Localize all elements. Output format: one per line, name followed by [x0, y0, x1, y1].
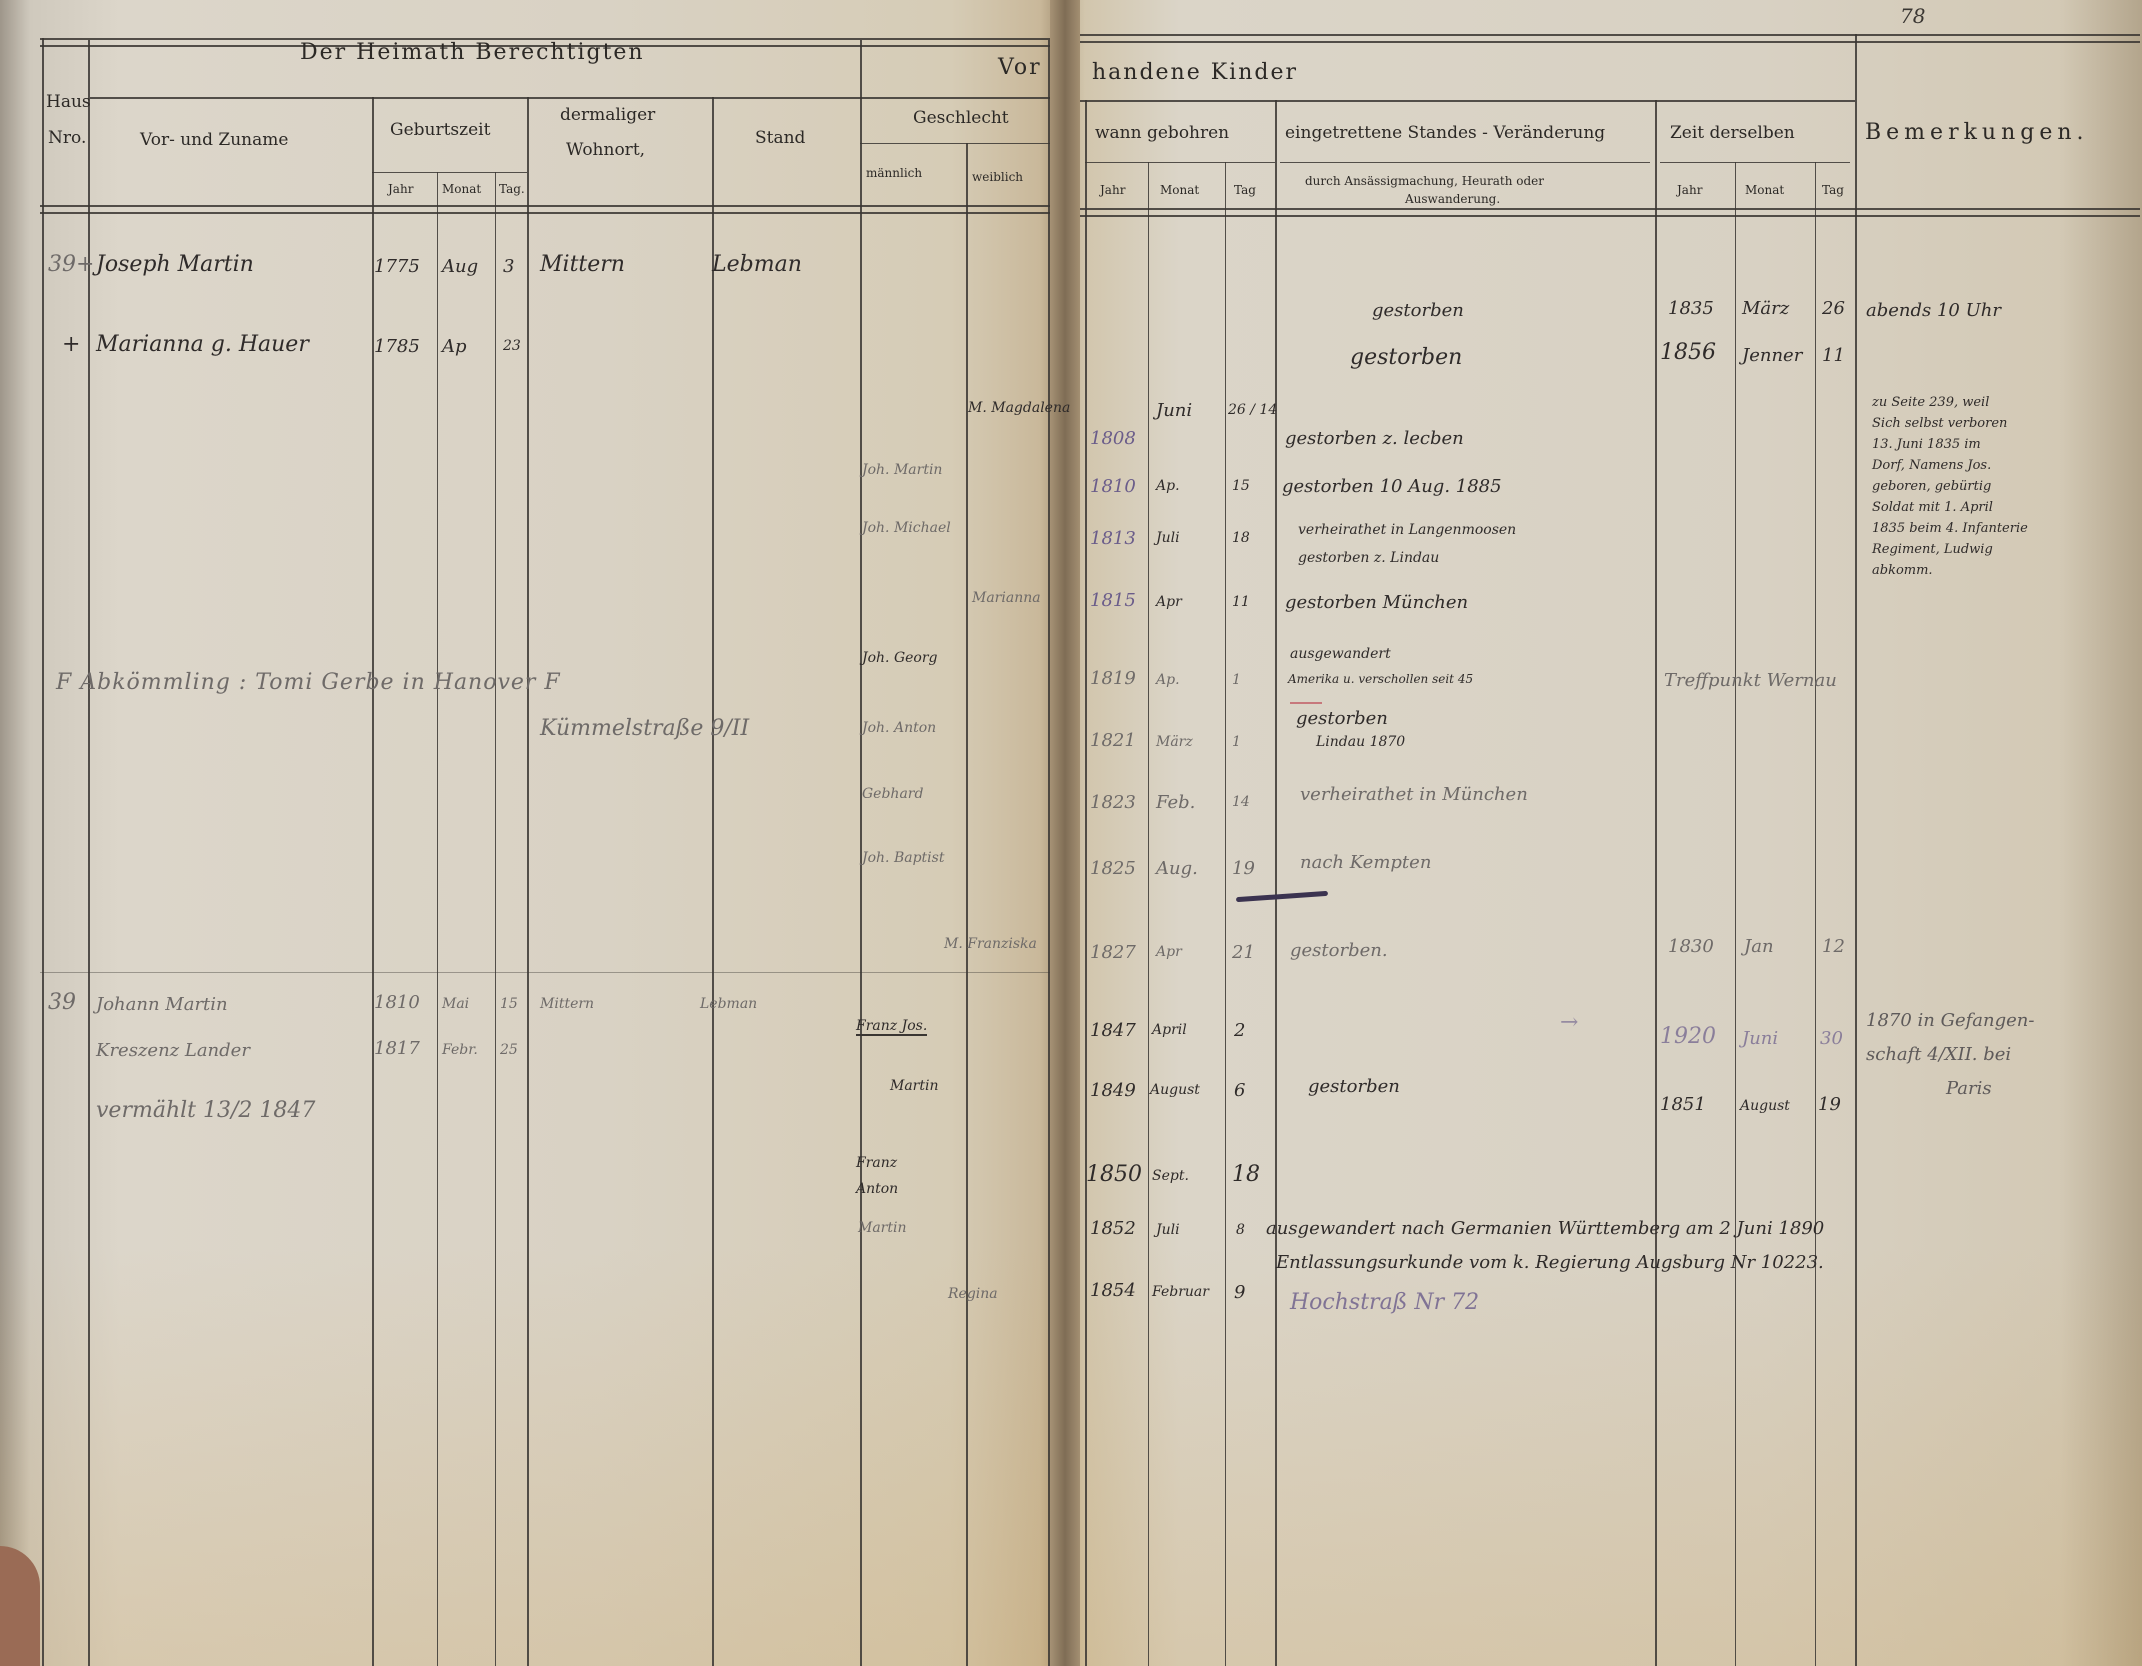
- stand-1: Lebman: [712, 252, 802, 277]
- header-vor: Vor: [998, 55, 1042, 80]
- geboren-subrule: [1085, 162, 1275, 163]
- parent-event-1-month: März: [1742, 298, 1789, 319]
- thumb: [0, 1546, 40, 1666]
- mother-mark-1: +: [62, 332, 80, 357]
- mother-year-1: 1785: [374, 336, 420, 357]
- header-bottom-rule-left: [40, 205, 1050, 214]
- child-2-4-day: 8: [1236, 1222, 1245, 1238]
- child-2-5-day: 9: [1234, 1282, 1245, 1303]
- header-gb-tag: Tag.: [499, 182, 525, 196]
- child-1-9-day: 21: [1232, 942, 1255, 963]
- child-2-5-month: Februar: [1152, 1284, 1209, 1300]
- child-2-4-event: ausgewandert nach Germanien Württemberg …: [1266, 1218, 1824, 1239]
- bemerkung-block-2: 1870 in Gefangen- schaft 4/XII. bei Pari…: [1866, 1004, 2034, 1106]
- mother-day-1: 23: [503, 338, 521, 354]
- child-2-4-name: Martin: [858, 1220, 907, 1236]
- rule-geburtszeit: [527, 97, 529, 1666]
- rule-zeit-monat: [1815, 162, 1816, 1666]
- child-1-8-event: nach Kempten: [1300, 852, 1431, 873]
- rule-maennlich: [966, 143, 968, 1666]
- child-2-2-event: gestorben: [1308, 1076, 1400, 1097]
- child-1-8-day: 19: [1232, 858, 1255, 879]
- top-rule-right: [1080, 34, 2140, 43]
- child-1-5-zeit: Treffpunkt Wernau: [1664, 670, 1837, 691]
- child-1-4-day: 11: [1232, 594, 1250, 610]
- header-wg-monat: Monat: [1160, 183, 1199, 197]
- pencil-note-line1: F Abkömmling : Tomi Gerbe in Hanover F: [56, 670, 561, 695]
- child-2-1-zeit-month: Juni: [1742, 1028, 1778, 1049]
- header-zeit-tag: Tag: [1822, 183, 1844, 197]
- header-wg-tag: Tag: [1234, 183, 1256, 197]
- header-zeit-jahr: Jahr: [1677, 183, 1702, 197]
- child-1-5-event: ausgewandert: [1290, 646, 1391, 662]
- child-1-1-event: gestorben z. lecben: [1285, 428, 1464, 449]
- child-2-2-zeit-month: August: [1740, 1098, 1790, 1114]
- child-2-2-day: 6: [1234, 1080, 1245, 1101]
- child-1-7-month: Feb.: [1156, 792, 1195, 813]
- rule-wg-monat: [1225, 162, 1226, 1666]
- geburtszeit-subrule: [372, 172, 527, 173]
- parent-event-2-month: Jenner: [1742, 345, 1802, 366]
- child-1-3-month: Juli: [1156, 530, 1180, 546]
- pencil-note-line2: Kümmelstraße 9/II: [540, 716, 749, 741]
- child-1-9-year: 1827: [1090, 942, 1136, 963]
- rule-wohnort: [712, 97, 714, 1666]
- child-1-4-name: Marianna: [972, 590, 1041, 606]
- father-day-1: 3: [503, 256, 514, 277]
- mother-day-2: 25: [500, 1042, 518, 1058]
- child-1-6-event2: Lindau 1870: [1316, 734, 1405, 750]
- child-1-9-event: gestorben.: [1290, 940, 1388, 961]
- header-maennlich: männlich: [866, 166, 922, 180]
- child-1-9-zeit-day: 12: [1822, 936, 1845, 957]
- child-1-1-month: Juni: [1156, 400, 1192, 421]
- child-2-4-event2: Entlassungsurkunde vom k. Regierung Augs…: [1276, 1252, 1824, 1273]
- mother-name-2: Kreszenz Lander: [96, 1040, 250, 1061]
- mother-month-2: Febr.: [442, 1042, 478, 1058]
- wohnort-2: Mittern: [540, 996, 594, 1012]
- child-2-1-zeit-day: 30: [1820, 1028, 1843, 1049]
- parent-event-2-day: 11: [1822, 345, 1845, 366]
- child-1-1-day: 26 / 14: [1228, 402, 1277, 418]
- child-2-2-month: August: [1150, 1082, 1200, 1098]
- father-name-1: Joseph Martin: [96, 252, 254, 277]
- rule-zeit-jahr: [1735, 162, 1736, 1666]
- child-2-3-name: Franz Anton: [856, 1150, 916, 1202]
- subheader-rule-right: [1080, 100, 1855, 102]
- header-zeit-monat: Monat: [1745, 183, 1784, 197]
- child-1-3-name: Joh. Michael: [862, 520, 951, 536]
- married-note-2: vermählt 13/2 1847: [96, 1098, 315, 1123]
- page-number: 78: [1900, 4, 1925, 28]
- child-1-7-day: 14: [1232, 794, 1250, 810]
- child-1-5-month: Ap.: [1156, 672, 1180, 688]
- child-1-7-year: 1823: [1090, 792, 1136, 813]
- child-1-1-name: M. Magdalena: [968, 400, 1070, 416]
- header-stand: Stand: [755, 128, 805, 148]
- header-standes-veraenderung: eingetrettene Standes - Veränderung: [1285, 123, 1605, 143]
- mother-month-1: Ap: [442, 336, 467, 357]
- rule-margin: [42, 38, 44, 1666]
- child-1-8-year: 1825: [1090, 858, 1136, 879]
- child-2-4-year: 1852: [1090, 1218, 1136, 1239]
- header-geschlecht: Geschlecht: [913, 108, 1009, 128]
- child-2-1-name: Franz Jos.: [856, 1018, 927, 1036]
- child-1-9-zeit-month: Jan: [1744, 936, 1774, 957]
- child-1-9-month: Apr: [1156, 944, 1182, 960]
- header-wohnort: Wohnort,: [566, 140, 645, 160]
- rule-gb-jahr: [437, 172, 438, 1666]
- parent-event-1-day: 26: [1822, 298, 1845, 319]
- parent-event-1: gestorben: [1372, 300, 1464, 321]
- child-1-6-day: 1: [1232, 734, 1241, 750]
- child-1-7-event: verheirathet in München: [1300, 784, 1528, 805]
- header-veraenderung-sub1: durch Ansässigmachung, Heurath oder: [1305, 174, 1544, 188]
- child-1-2-year: 1810: [1090, 476, 1136, 497]
- child-1-4-month: Apr: [1156, 594, 1182, 610]
- header-haus: Haus: [46, 92, 91, 112]
- rule-wann-gebohren: [1275, 100, 1277, 1666]
- header-handene-kinder: handene Kinder: [1092, 60, 1298, 85]
- header-weiblich: weiblich: [972, 170, 1023, 184]
- child-1-1-year: 1808: [1090, 428, 1136, 449]
- child-1-3-event2: gestorben z. Lindau: [1298, 550, 1439, 566]
- child-1-3-year: 1813: [1090, 528, 1136, 549]
- child-2-1-day: 2: [1234, 1020, 1245, 1041]
- header-dermaliger: dermaliger: [560, 105, 655, 125]
- child-1-6-month: März: [1156, 734, 1193, 750]
- mother-year-2: 1817: [374, 1038, 420, 1059]
- child-2-1-year: 1847: [1090, 1020, 1136, 1041]
- parent-event-2-year: 1856: [1660, 340, 1716, 365]
- child-1-9-zeit-year: 1830: [1668, 936, 1714, 957]
- child-1-6-event: gestorben: [1296, 708, 1388, 729]
- header-vor-und-zuname: Vor- und Zuname: [140, 130, 288, 150]
- subheader-rule-left: [90, 97, 1050, 99]
- header-bottom-rule-right: [1080, 208, 2140, 217]
- bemerkung-block-1: zu Seite 239, weil Sich selbst verboren …: [1872, 392, 2028, 581]
- child-1-6-name: Joh. Anton: [862, 720, 936, 736]
- rule-veraenderung: [1655, 100, 1657, 1666]
- child-1-3-event: verheirathet in Langenmoosen: [1298, 522, 1516, 538]
- header-zeit-derselben: Zeit derselben: [1670, 123, 1795, 143]
- red-underline: [1290, 702, 1322, 704]
- child-2-1-month: April: [1152, 1022, 1187, 1038]
- father-day-2: 15: [500, 996, 518, 1012]
- parent-event-2: gestorben: [1350, 345, 1462, 370]
- father-year-2: 1810: [374, 992, 420, 1013]
- rule-name: [372, 97, 374, 1666]
- child-2-2-year: 1849: [1090, 1080, 1136, 1101]
- child-1-8-name: Joh. Baptist: [862, 850, 944, 866]
- haus-nr-2: 39: [48, 990, 76, 1015]
- header-bemerkungen: Bemerkungen.: [1865, 120, 2089, 145]
- header-geburtszeit: Geburtszeit: [390, 120, 490, 140]
- father-month-1: Aug: [442, 256, 478, 277]
- child-2-1-zeit-year: 1920: [1660, 1024, 1716, 1049]
- child-2-2-name: Martin: [890, 1078, 939, 1094]
- child-2-3-month: Sept.: [1152, 1168, 1189, 1184]
- child-1-5-name: Joh. Georg: [862, 650, 938, 666]
- geschlecht-subrule: [860, 143, 1050, 144]
- haus-nr-1: 39+: [48, 252, 94, 277]
- household-separator: [40, 972, 1050, 973]
- rule-zeit: [1855, 34, 1857, 1666]
- father-month-2: Mai: [442, 996, 469, 1012]
- wohnort-1: Mittern: [540, 252, 625, 277]
- father-year-1: 1775: [374, 256, 420, 277]
- child-1-4-event: gestorben München: [1285, 592, 1468, 613]
- mother-name-1: Marianna g. Hauer: [96, 332, 309, 357]
- arrow-icon: →: [1560, 1010, 1578, 1035]
- child-2-5-year: 1854: [1090, 1280, 1136, 1301]
- header-heimath-berechtigten: Der Heimath Berechtigten: [300, 40, 645, 65]
- header-nro: Nro.: [48, 128, 86, 148]
- child-1-9-name: M. Franziska: [944, 936, 1037, 952]
- child-1-6-year: 1821: [1090, 730, 1136, 751]
- parent-event-1-remark: abends 10 Uhr: [1866, 300, 2001, 321]
- parent-event-1-year: 1835: [1668, 298, 1714, 319]
- child-1-5-day: 1: [1232, 672, 1241, 688]
- child-1-2-month: Ap.: [1156, 478, 1180, 494]
- child-1-2-day: 15: [1232, 478, 1250, 494]
- child-2-3-day: 18: [1232, 1162, 1260, 1187]
- rule-gb-monat: [495, 172, 496, 1666]
- child-1-7-name: Gebhard: [862, 786, 923, 802]
- child-1-5-year: 1819: [1090, 668, 1136, 689]
- child-2-3-year: 1850: [1086, 1162, 1142, 1187]
- child-1-8-month: Aug.: [1156, 858, 1198, 879]
- rule-weiblich: [1048, 40, 1050, 1666]
- child-1-4-year: 1815: [1090, 590, 1136, 611]
- rule-haus: [88, 40, 90, 1666]
- header-gb-monat: Monat: [442, 182, 481, 196]
- child-1-2-event: gestorben 10 Aug. 1885: [1282, 476, 1502, 497]
- stand-2: Lebman: [700, 996, 757, 1012]
- child-2-5-name: Regina: [948, 1286, 998, 1302]
- child-2-2-zeit-year: 1851: [1660, 1094, 1706, 1115]
- child-1-3-day: 18: [1232, 530, 1250, 546]
- header-gb-jahr: Jahr: [388, 182, 413, 196]
- zeit-subrule: [1660, 162, 1850, 163]
- child-2-4-month: Juli: [1156, 1222, 1180, 1238]
- child-1-2-name: Joh. Martin: [862, 462, 942, 478]
- header-veraenderung-sub2: Auswanderung.: [1405, 192, 1500, 206]
- child-2-2-zeit-day: 19: [1818, 1094, 1841, 1115]
- veraenderung-subrule: [1280, 162, 1650, 163]
- father-name-2: Johann Martin: [96, 994, 228, 1015]
- child-2-5-event: Hochstraß Nr 72: [1290, 1290, 1479, 1315]
- book-spine: [1050, 0, 1080, 1666]
- child-1-5-event2: Amerika u. verschollen seit 45: [1288, 672, 1473, 686]
- rule-wg-jahr: [1148, 162, 1149, 1666]
- header-wann-gebohren: wann gebohren: [1095, 123, 1229, 143]
- header-wg-jahr: Jahr: [1100, 183, 1125, 197]
- rule-right-margin: [1085, 100, 1087, 1666]
